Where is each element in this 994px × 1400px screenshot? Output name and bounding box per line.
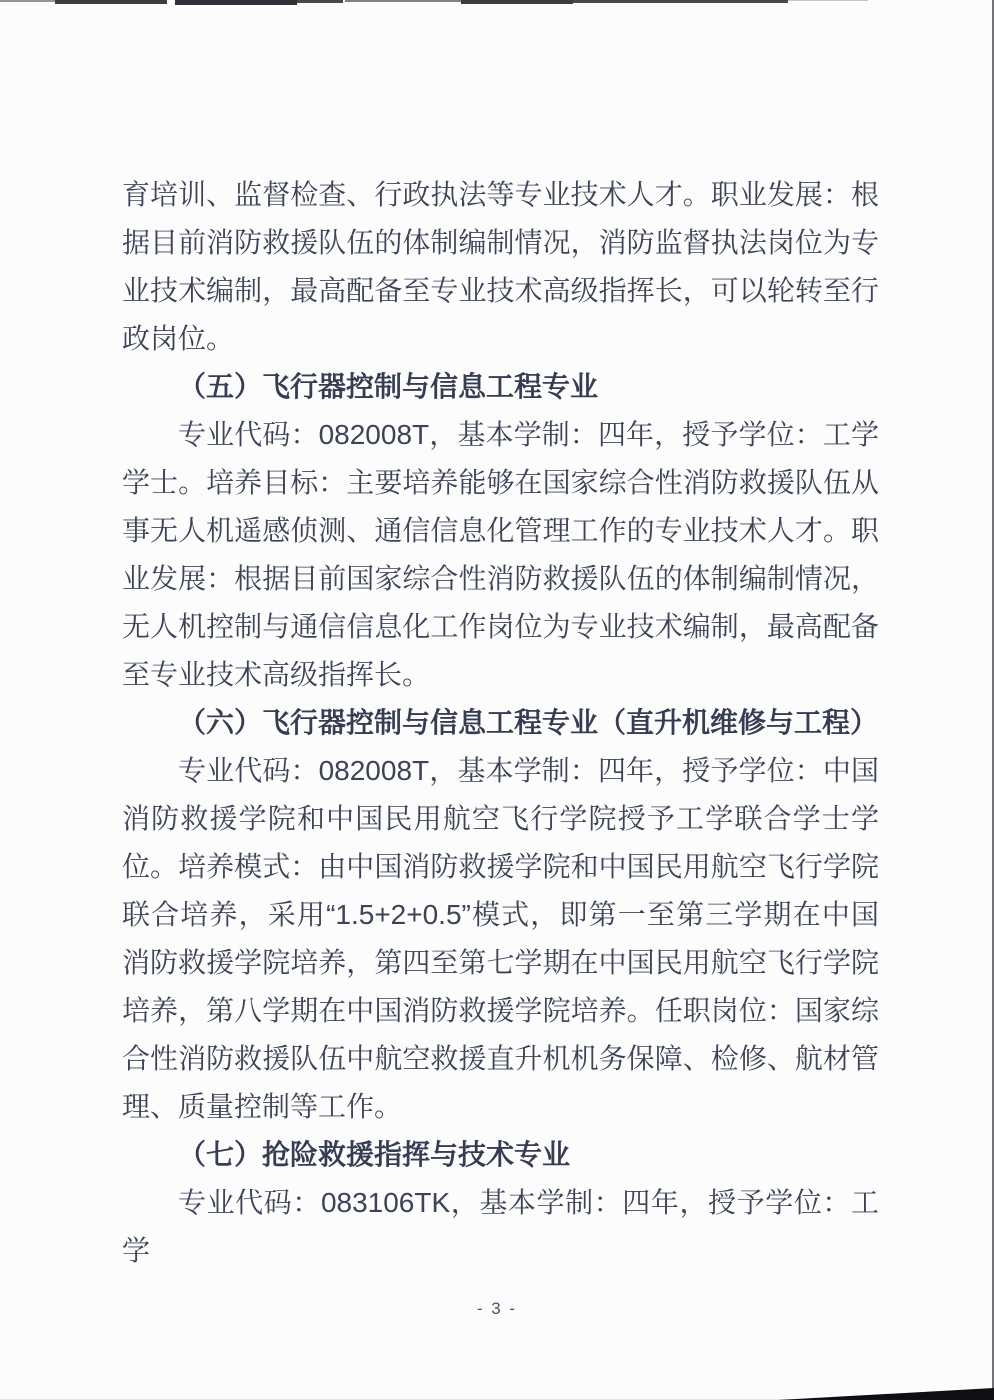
page-footer: - 3 - (0, 1297, 994, 1321)
section-paragraph-six: 专业代码：082008T，基本学制：四年，授予学位：中国消防救援学院和中国民用航… (122, 747, 879, 1131)
scan-edge-segment (788, 0, 868, 1)
section-heading-seven: （七）抢险救援指挥与技术专业 (122, 1131, 879, 1179)
scan-edge-segment (0, 0, 55, 2)
document-page: 育培训、监督检查、行政执法等专业技术人才。职业发展：根据目前消防救援队伍的体制编… (0, 0, 994, 1400)
section-heading-six: （六）飞行器控制与信息工程专业（直升机维修与工程） (122, 699, 879, 747)
scan-artifact-top-edge (0, 0, 994, 8)
scan-edge-segment (297, 0, 343, 3)
scan-edge-segment (345, 0, 461, 2)
section-heading-five: （五）飞行器控制与信息工程专业 (122, 363, 879, 411)
scan-edge-segment (55, 0, 167, 4)
scan-edge-segment (461, 0, 573, 4)
section-paragraph-seven: 专业代码：083106TK，基本学制：四年，授予学位：工学 (122, 1179, 879, 1275)
page-number: - 3 - (477, 1299, 517, 1318)
section-paragraph-five: 专业代码：082008T，基本学制：四年，授予学位：工学学士。培养目标：主要培养… (122, 411, 879, 699)
document-content: 育培训、监督检查、行政执法等专业技术人才。职业发展：根据目前消防救援队伍的体制编… (122, 171, 879, 1275)
scan-edge-segment (573, 0, 788, 3)
scan-edge-segment (175, 0, 297, 5)
body-paragraph-continuation: 育培训、监督检查、行政执法等专业技术人才。职业发展：根据目前消防救援队伍的体制编… (122, 171, 879, 363)
